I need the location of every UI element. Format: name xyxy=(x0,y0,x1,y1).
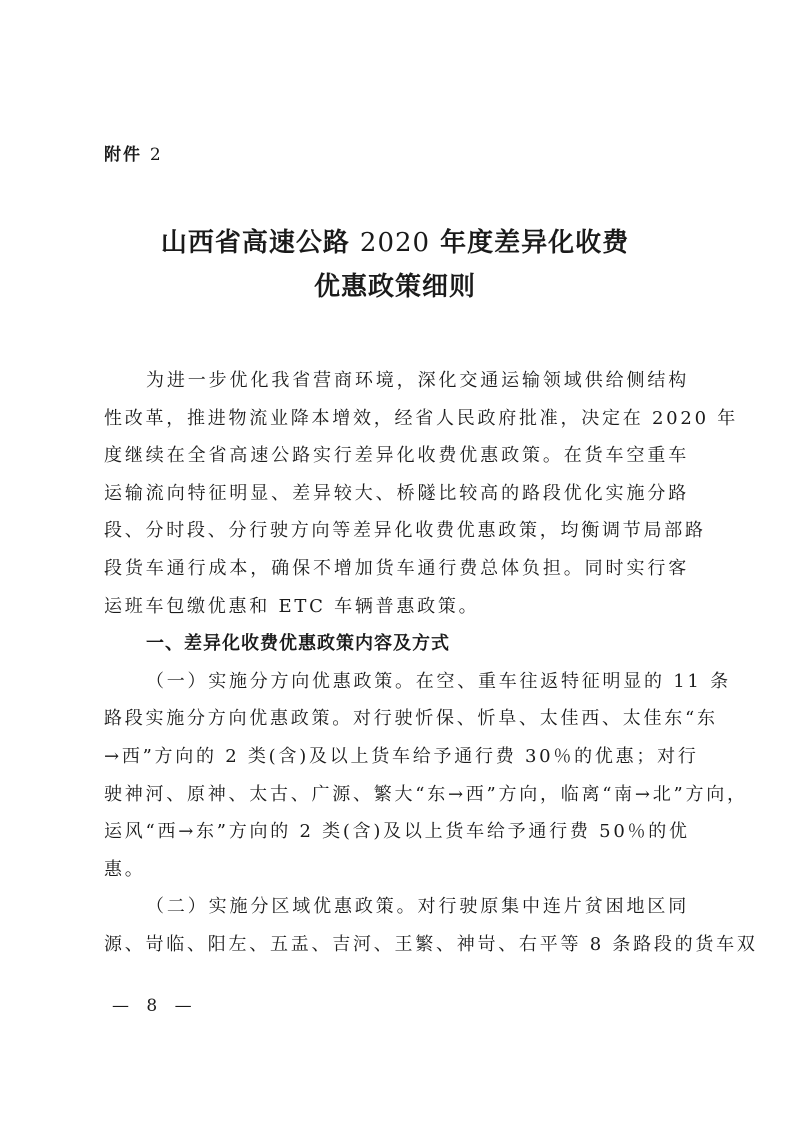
title-part: 年度差异化收费 xyxy=(440,228,629,258)
attachment-text: 附件 xyxy=(104,145,142,165)
paragraph-line: （一）实施分方向优惠政策。在空、重车往返特征明显的 11 条 xyxy=(104,663,689,701)
title-part: 山西省高速公路 xyxy=(161,228,350,258)
paragraph-line: →西”方向的 2 类(含)及以上货车给予通行费 30％的优惠；对行 xyxy=(104,738,689,776)
paragraph-line: 路段实施分方向优惠政策。对行驶忻保、忻阜、太佳西、太佳东“东 xyxy=(104,700,689,738)
paragraph-line: 驶神河、原神、太古、广源、繁大“东→西”方向，临离“南→北”方向， xyxy=(104,776,689,814)
paragraph-line: （二）实施分区域优惠政策。对行驶原集中连片贫困地区同 xyxy=(104,888,689,926)
document-title-line-2: 优惠政策细则 xyxy=(0,266,790,303)
paragraph-line: 运输流向特征明显、差异较大、桥隧比较高的路段优化实施分路 xyxy=(104,475,689,513)
attachment-number: 2 xyxy=(150,145,163,165)
title-year: 2020 xyxy=(360,228,430,258)
paragraph-line: 源、岢临、阳左、五盂、吉河、王繁、神岢、右平等 8 条路段的货车双 xyxy=(104,926,689,964)
document-body: 为进一步优化我省营商环境，深化交通运输领域供给侧结构 性改革，推进物流业降本增效… xyxy=(104,362,689,964)
section-heading: 一、差异化收费优惠政策内容及方式 xyxy=(104,625,689,663)
paragraph-line: 为进一步优化我省营商环境，深化交通运输领域供给侧结构 xyxy=(104,362,689,400)
document-title-line-1: 山西省高速公路 2020 年度差异化收费 xyxy=(0,222,790,259)
paragraph-line: 段货车通行成本，确保不增加货车通行费总体负担。同时实行客 xyxy=(104,550,689,588)
paragraph-line: 度继续在全省高速公路实行差异化收费优惠政策。在货车空重车 xyxy=(104,437,689,475)
page-number: — 8 — xyxy=(112,996,198,1016)
paragraph-line: 段、分时段、分行驶方向等差异化收费优惠政策，均衡调节局部路 xyxy=(104,512,689,550)
attachment-label: 附件 2 xyxy=(104,140,163,165)
paragraph-line: 性改革，推进物流业降本增效，经省人民政府批准，决定在 2020 年 xyxy=(104,400,689,438)
paragraph-line: 运风“西→东”方向的 2 类(含)及以上货车给予通行费 50％的优 xyxy=(104,813,689,851)
paragraph-line: 运班车包缴优惠和 ETC 车辆普惠政策。 xyxy=(104,588,689,626)
paragraph-line: 惠。 xyxy=(104,851,689,889)
